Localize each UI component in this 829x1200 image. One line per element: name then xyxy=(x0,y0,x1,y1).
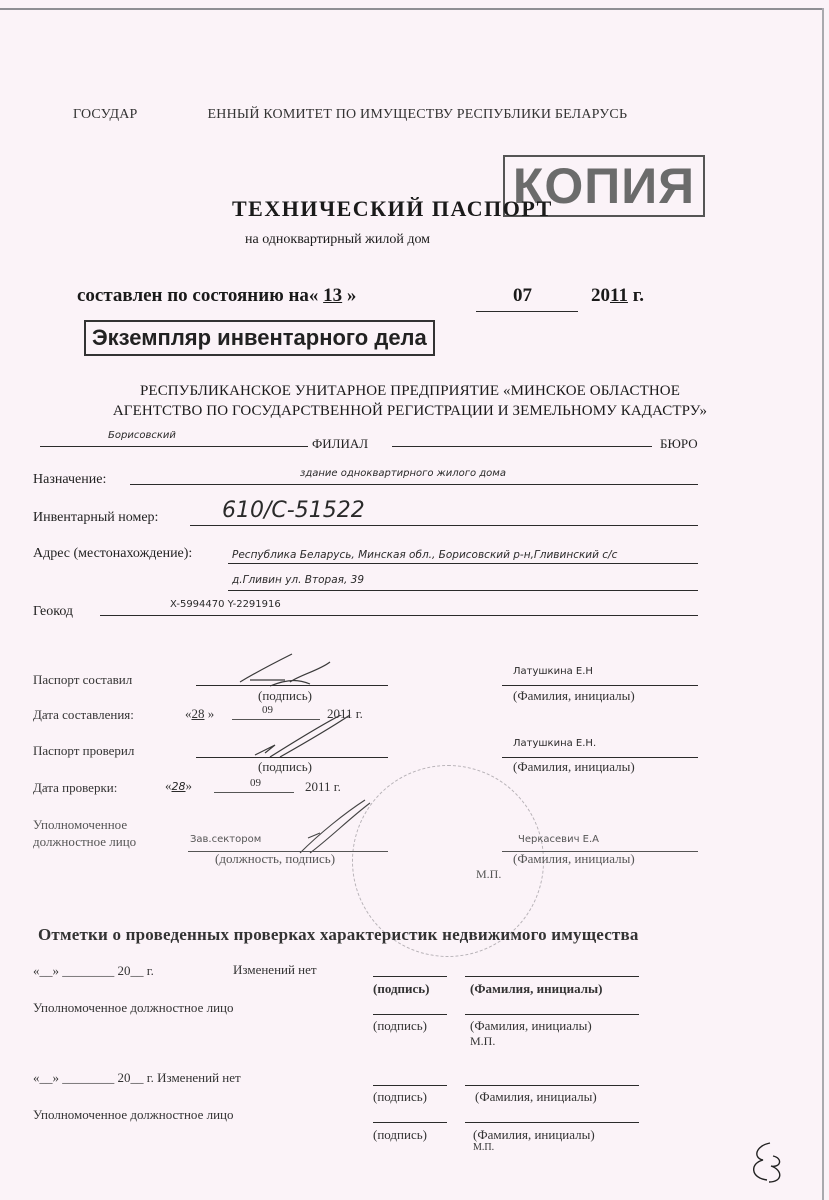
inspection-1-name-caption-2: (Фамилия, инициалы) xyxy=(470,1018,592,1034)
authorized-name-caption: (Фамилия, инициалы) xyxy=(513,851,635,867)
inspection-2-date: «__» ________ 20__ г. Изменений нет xyxy=(33,1070,241,1086)
bureau-underline xyxy=(392,446,652,447)
compiled-signature-scribble xyxy=(230,650,380,690)
compiled-date-day: 28 xyxy=(192,706,205,721)
checked-name-caption: (Фамилия, инициалы) xyxy=(513,759,635,775)
purpose-value: здание одноквартирного жилого дома xyxy=(300,468,506,479)
compiled-by-label: Паспорт составил xyxy=(33,672,132,688)
compiled-date-label: Дата составления: xyxy=(33,707,134,723)
compiled-name-line xyxy=(502,685,698,686)
inspection-2-name-caption: (Фамилия, инициалы) xyxy=(475,1089,597,1105)
address-underline-2 xyxy=(228,590,698,591)
compiled-name-value: Латушкина Е.Н xyxy=(513,666,593,677)
authorized-label-1: Уполномоченное xyxy=(33,817,127,833)
inspection-2-signature-line-2 xyxy=(373,1122,447,1123)
inspection-1-name-line xyxy=(465,976,639,977)
geocode-underline xyxy=(100,615,698,616)
checked-name-value: Латушкина Е.Н. xyxy=(513,738,596,749)
checked-date: «28» xyxy=(165,778,192,794)
inspection-1-date: «__» ________ 20__ г. xyxy=(33,963,154,979)
checked-signature-caption: (подпись) xyxy=(258,759,312,775)
authorized-position-value: Зав.сектором xyxy=(190,834,261,845)
branch-value: Борисовский xyxy=(108,430,176,441)
page-number: 23 xyxy=(745,1138,785,1193)
checked-date-year: 2011 г. xyxy=(305,779,341,795)
document-subtitle: на одноквартирный жилой дом xyxy=(245,232,430,248)
checked-year-value: 2011 xyxy=(305,779,331,794)
state-date-month: 07 xyxy=(513,285,532,307)
inspection-2-authorized-label: Уполномоченное должностное лицо xyxy=(33,1107,234,1123)
year-suffix: 11 xyxy=(610,285,628,306)
address-label: Адрес (местонахождение): xyxy=(33,546,192,562)
checked-signature-line xyxy=(196,757,388,758)
purpose-underline xyxy=(130,484,698,485)
inspection-1-signature-line xyxy=(373,976,447,977)
committee-header-left: ГОСУДАР xyxy=(73,107,138,122)
year-prefix: 20 xyxy=(591,285,610,306)
inspection-1-signature-line-2 xyxy=(373,1014,447,1015)
authorized-position-caption: (должность, подпись) xyxy=(215,851,335,867)
compiled-date: «28 » xyxy=(185,706,214,722)
inventory-file-stamp: Экземпляр инвентарного дела xyxy=(84,320,435,356)
address-line-2: д.Гливин ул. Вторая, 39 xyxy=(232,574,364,586)
checked-date-month: 09 xyxy=(250,777,261,789)
inspection-1-name-caption: (Фамилия, инициалы) xyxy=(470,981,603,997)
page-edge-right xyxy=(822,8,824,1200)
authorized-seal-label: М.П. xyxy=(476,867,501,882)
organization-line-2: АГЕНТСТВО ПО ГОСУДАРСТВЕННОЙ РЕГИСТРАЦИИ… xyxy=(30,403,790,420)
inspection-2-signature-caption-2: (подпись) xyxy=(373,1127,427,1143)
authorized-signature-scribble xyxy=(290,798,380,858)
year-unit: г. xyxy=(633,285,644,306)
document-title: ТЕХНИЧЕСКИЙ ПАСПОРТ xyxy=(232,196,553,222)
checked-date-day: 28 xyxy=(172,780,186,793)
inventory-number-label: Инвентарный номер: xyxy=(33,510,158,526)
inspection-1-signature-caption: (подпись) xyxy=(373,981,429,997)
compiled-signature-line xyxy=(196,685,388,686)
page-number-handwriting-icon xyxy=(745,1138,785,1188)
address-underline-1 xyxy=(228,563,698,564)
month-underline xyxy=(476,311,578,312)
geocode-value: X-5994470 Y-2291916 xyxy=(170,599,281,610)
bureau-label: БЮРО xyxy=(660,436,698,452)
branch-label: ФИЛИАЛ xyxy=(312,436,368,452)
inspections-title: Отметки о проведенных проверках характер… xyxy=(38,925,639,945)
compiled-name-caption: (Фамилия, инициалы) xyxy=(513,688,635,704)
inspection-1-status: Изменений нет xyxy=(233,962,317,978)
inspection-2-signature-line xyxy=(373,1085,447,1086)
inspection-2-name-line xyxy=(465,1085,639,1086)
page-edge-top xyxy=(0,8,822,10)
inspection-2-name-caption-2: (Фамилия, инициалы) xyxy=(473,1127,595,1143)
committee-header: ГОСУДАРЕННЫЙ КОМИТЕТ ПО ИМУЩЕСТВУ РЕСПУБ… xyxy=(73,107,627,123)
inspection-2-name-line-2 xyxy=(465,1122,639,1123)
state-date-prefix: составлен по состоянию на xyxy=(77,285,309,306)
committee-header-right: ЕННЫЙ КОМИТЕТ ПО ИМУЩЕСТВУ РЕСПУБЛИКИ БЕ… xyxy=(208,107,628,122)
checked-year-unit: г. xyxy=(334,779,341,794)
checked-by-label: Паспорт проверил xyxy=(33,743,134,759)
state-date-year: 2011 г. xyxy=(591,285,644,307)
state-date-line: составлен по состоянию на« 13 » xyxy=(77,285,356,307)
checked-date-label: Дата проверки: xyxy=(33,780,117,796)
state-date-day: 13 xyxy=(323,285,342,306)
purpose-label: Назначение: xyxy=(33,472,106,488)
authorized-label-2: должностное лицо xyxy=(33,834,136,850)
branch-underline xyxy=(40,446,308,447)
inspection-2-seal-label: М.П. xyxy=(473,1142,494,1150)
inspection-1-seal-label: М.П. xyxy=(470,1034,495,1049)
inspection-1-name-line-2 xyxy=(465,1014,639,1015)
inventory-number-value: 610/С-51522 xyxy=(222,498,365,523)
address-line-1: Республика Беларусь, Минская обл., Борис… xyxy=(232,549,617,561)
inventory-number-underline xyxy=(190,525,698,526)
compiled-signature-caption: (подпись) xyxy=(258,688,312,704)
authorized-name-value: Черкасевич Е.А xyxy=(518,834,599,845)
organization-line-1: РЕСПУБЛИКАНСКОЕ УНИТАРНОЕ ПРЕДПРИЯТИЕ «М… xyxy=(30,383,790,400)
inspection-1-signature-caption-2: (подпись) xyxy=(373,1018,427,1034)
inspection-2-signature-caption: (подпись) xyxy=(373,1089,427,1105)
inspection-1-authorized-label: Уполномоченное должностное лицо xyxy=(33,1000,234,1016)
checked-name-line xyxy=(502,757,698,758)
geocode-label: Геокод xyxy=(33,604,73,620)
checked-month-line xyxy=(214,792,294,793)
